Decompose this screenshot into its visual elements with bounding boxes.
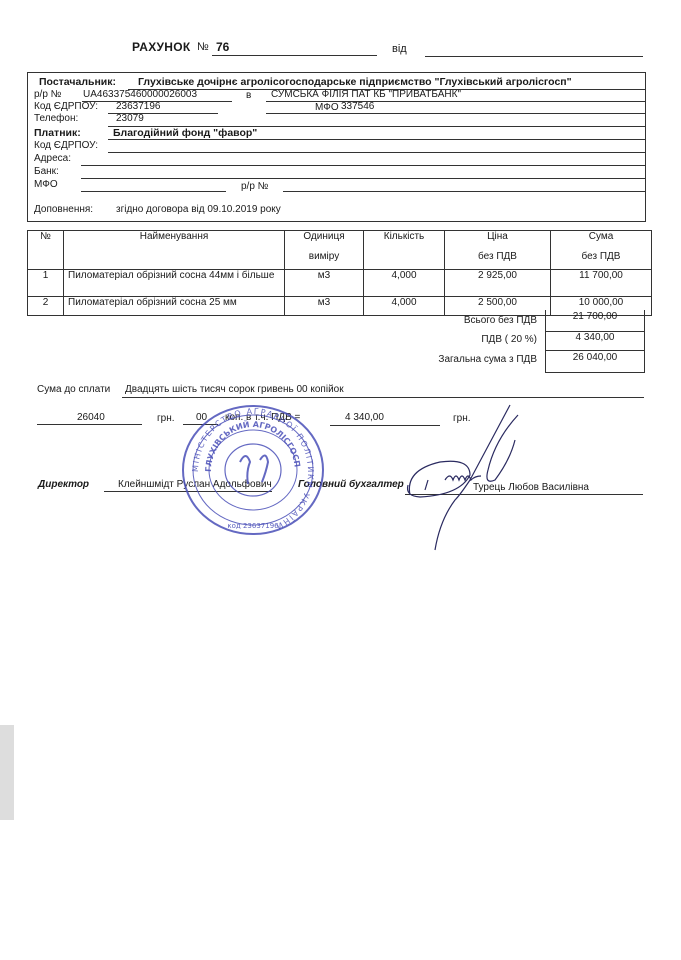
rule	[122, 397, 644, 398]
payer-address-label: Адреса:	[34, 153, 71, 164]
amount-uah-label: грн.	[157, 413, 175, 424]
row-no: 1	[28, 270, 64, 297]
supplier-account-label: р/р №	[34, 89, 61, 100]
parties-box: Постачальник: Глухівське дочірнє агроліс…	[27, 72, 646, 222]
supplier-edrpou-label: Код ЄДРПОУ:	[34, 101, 98, 112]
supplier-mfo: 337546	[341, 101, 374, 112]
total-label: Загальна сума з ПДВ	[337, 354, 537, 365]
supplier-label: Постачальник:	[39, 76, 116, 88]
subtotal-value: 21 700,00	[545, 310, 645, 332]
rule	[81, 191, 226, 192]
svg-text:код 23637196: код 23637196	[227, 522, 279, 530]
supplier-phone: 23079	[116, 113, 144, 124]
row-unit: м3	[285, 297, 364, 316]
row-unit: м3	[285, 270, 364, 297]
header-name: Найменування	[64, 231, 285, 270]
table-header-row: № Найменування Одиницявиміру Кількість Ц…	[28, 231, 652, 270]
invoice-date-label: від	[392, 43, 407, 55]
supplier-bank: СУМСЬКА ФІЛІЯ ПАТ КБ "ПРИВАТБАНК"	[271, 89, 461, 100]
rule	[81, 178, 645, 179]
scan-noise	[0, 700, 40, 960]
rule	[108, 152, 645, 153]
supplier-bank-in-label: в	[246, 90, 251, 101]
supplier-mfo-label: МФО	[315, 102, 339, 113]
total-value: 26 040,00	[545, 351, 645, 373]
header-unit: Одиницявиміру	[285, 231, 364, 270]
amount-due-words: Двадцять шість тисяч сорок гривень 00 ко…	[125, 384, 344, 395]
rule	[37, 424, 142, 425]
supplier-name: Глухівське дочірнє агролісогосподарське …	[138, 76, 572, 88]
subtotal-label: Всього без ПДВ	[337, 315, 537, 326]
supplier-account: UA463375460000026003	[83, 89, 197, 100]
invoice-number-label: №	[197, 41, 209, 53]
rule	[108, 139, 645, 140]
row-no: 2	[28, 297, 64, 316]
supplier-edrpou: 23637196	[116, 101, 161, 112]
rule	[283, 191, 645, 192]
amount-uah: 26040	[77, 412, 105, 423]
payer-account-label: р/р №	[241, 181, 268, 192]
table-row: 1 Пиломатеріал обрізний сосна 44мм і біл…	[28, 270, 652, 297]
director-label: Директор	[38, 479, 89, 490]
payer-edrpou-label: Код ЄДРПОУ:	[34, 140, 98, 151]
payer-mfo-label: МФО	[34, 179, 58, 190]
accountant-signature	[400, 400, 550, 560]
row-sum: 11 700,00	[551, 270, 652, 297]
vat-value: 4 340,00	[545, 331, 645, 351]
header-sum: Сумабез ПДВ	[551, 231, 652, 270]
payer-bank-label: Банк:	[34, 166, 59, 177]
row-name: Пиломатеріал обрізний сосна 25 мм	[64, 297, 285, 316]
amount-due-label: Сума до сплати	[37, 384, 110, 395]
company-stamp: МІНІСТЕРСТВО АГРАРНОЇ ПОЛІТИКИ УКРАЇНИ Г…	[178, 402, 328, 537]
rule	[266, 113, 645, 114]
payer-label: Платник:	[34, 127, 81, 139]
addendum-label: Доповнення:	[34, 204, 93, 215]
header-no: №	[28, 231, 64, 270]
row-price: 2 500,00	[445, 297, 551, 316]
header-price: Цінабез ПДВ	[445, 231, 551, 270]
supplier-phone-label: Телефон:	[34, 113, 78, 124]
vat-amount: 4 340,00	[345, 412, 384, 423]
invoice-title: РАХУНОК	[132, 40, 191, 54]
row-name: Пиломатеріал обрізний сосна 44мм і більш…	[64, 270, 285, 297]
rule	[81, 165, 645, 166]
invoice-number: 76	[216, 40, 229, 54]
payer-name: Благодійний фонд "фавор"	[113, 127, 257, 139]
row-qty: 4,000	[364, 297, 445, 316]
items-table: № Найменування Одиницявиміру Кількість Ц…	[27, 230, 652, 316]
invoice-date-field	[425, 56, 643, 57]
vat-label: ПДВ ( 20 %)	[337, 334, 537, 345]
row-price: 2 925,00	[445, 270, 551, 297]
row-qty: 4,000	[364, 270, 445, 297]
header-qty: Кількість	[364, 231, 445, 270]
addendum-text: згідно договора від 09.10.2019 року	[116, 204, 281, 215]
invoice-number-underline	[212, 55, 377, 56]
